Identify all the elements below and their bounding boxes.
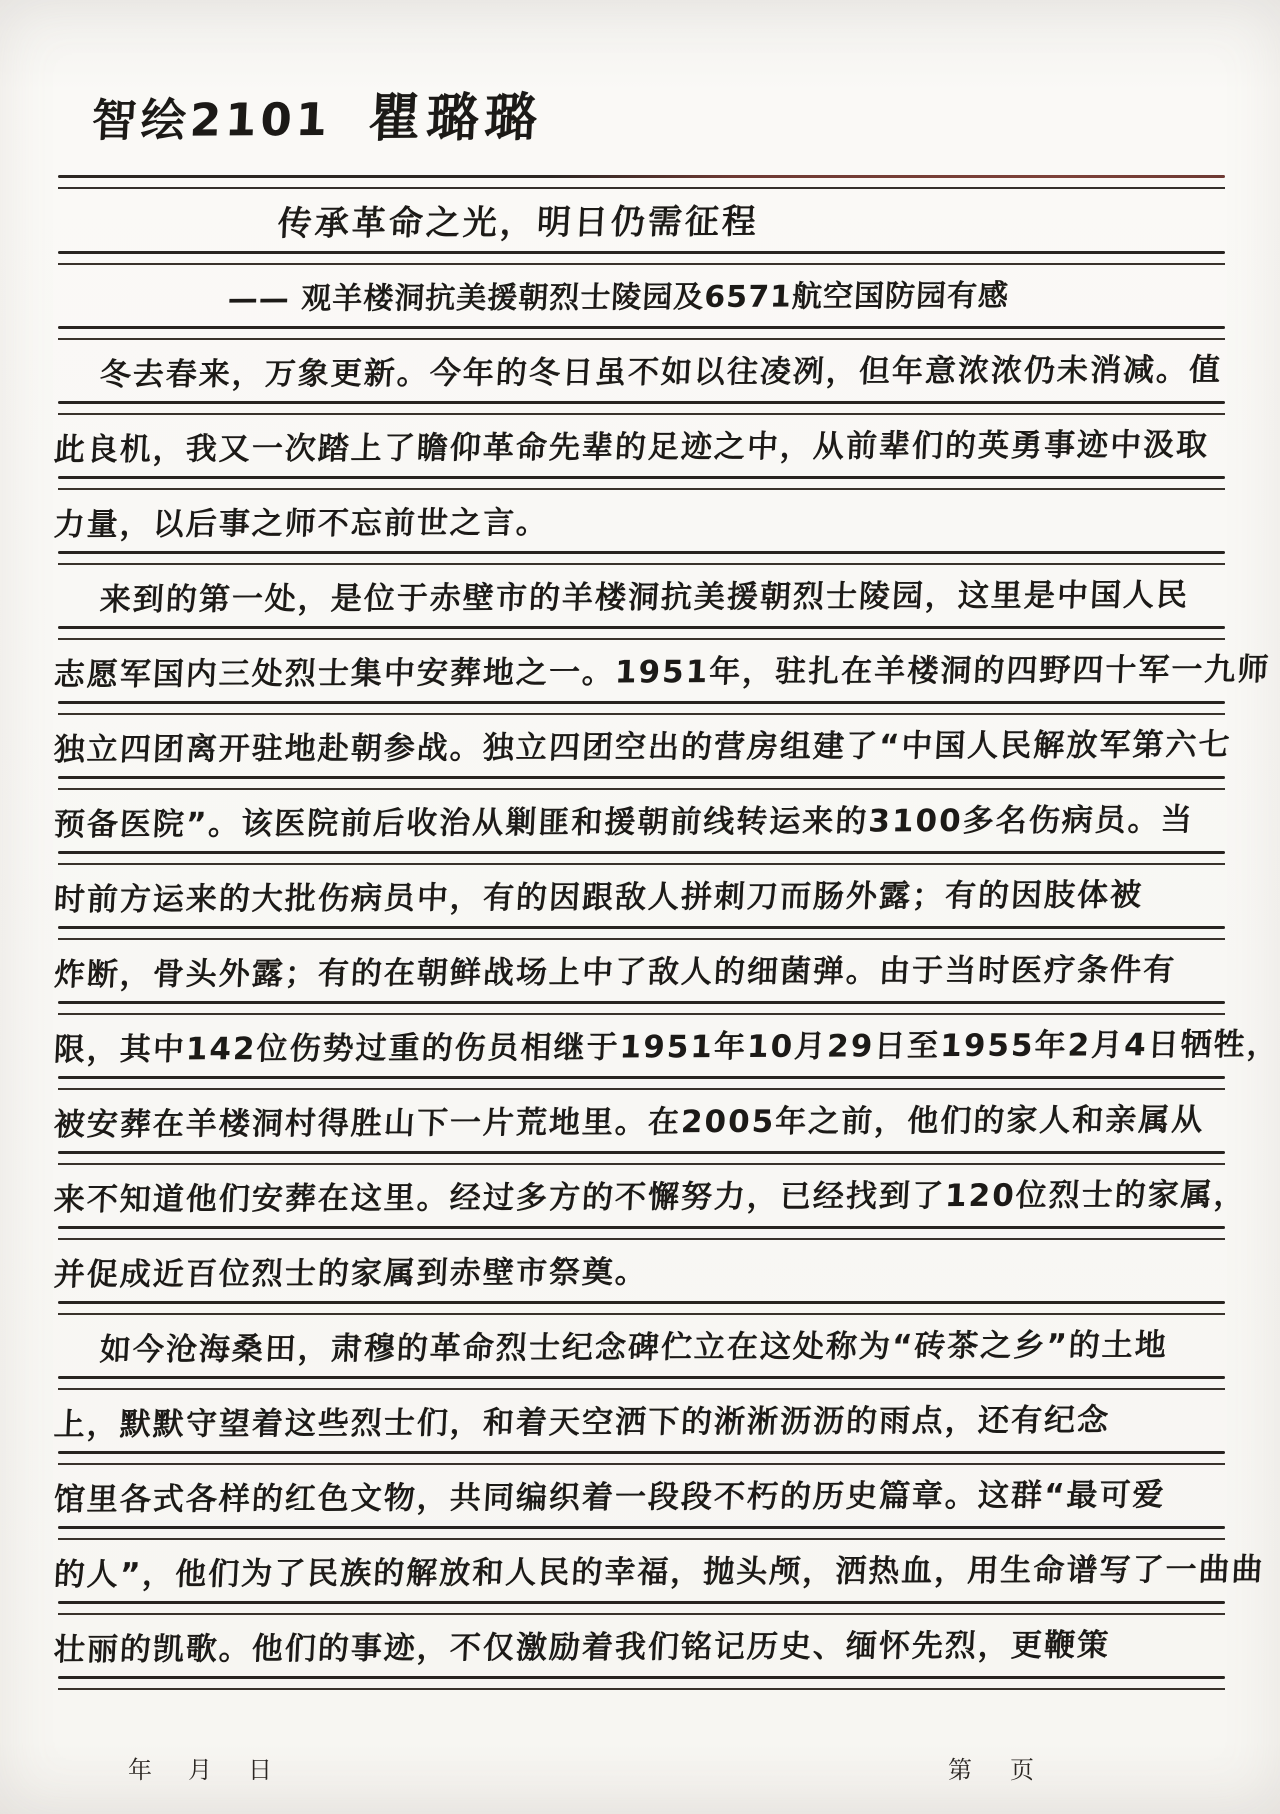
essay-line-text: 馆里各式各样的红色文物，共同编织着一段段不朽的历史篇章。这群“最可爱: [53, 1469, 1167, 1519]
essay-title-row: 传承革命之光，明日仍需征程: [58, 190, 1225, 265]
essay-line: 冬去春来，万象更新。今年的冬日虽不如以往凌冽，但年意浓浓仍未消减。值: [58, 340, 1225, 415]
essay-line: 并促成近百位烈士的家属到赤壁市祭奠。: [58, 1240, 1225, 1315]
essay-line: 时前方运来的大批伤病员中，有的因跟敌人拼刺刀而肠外露；有的因肢体被: [58, 865, 1225, 940]
day-label: 日: [248, 1756, 272, 1784]
essay-line: 志愿军国内三处烈士集中安葬地之一。1951年，驻扎在羊楼洞的四野四十军一九师: [58, 640, 1225, 715]
essay-line: 馆里各式各样的红色文物，共同编织着一段段不朽的历史篇章。这群“最可爱: [58, 1465, 1225, 1540]
essay-line-text: 炸断，骨头外露；有的在朝鲜战场上中了敌人的细菌弹。由于当时医疗条件有: [53, 944, 1177, 994]
essay-line: 预备医院”。该医院前后收治从剿匪和援朝前线转运来的3100多名伤病员。当: [58, 790, 1225, 865]
essay-line-text: 预备医院”。该医院前后收治从剿匪和援朝前线转运来的3100多名伤病员。当: [53, 794, 1195, 844]
essay-line: 独立四团离开驻地赴朝参战。独立四团空出的营房组建了“中国人民解放军第六七: [58, 715, 1225, 790]
essay-line-text: 来到的第一处，是位于赤壁市的羊楼洞抗美援朝烈士陵园，这里是中国人民: [99, 569, 1190, 619]
essay-line: 如今沧海桑田，肃穆的革命烈士纪念碑伫立在这处称为“砖茶之乡”的土地: [58, 1315, 1225, 1390]
essay-line-text: 的人”，他们为了民族的解放和人民的幸福，抛头颅，洒热血，用生命谱写了一曲曲: [53, 1544, 1266, 1594]
ruled-sheet: 传承革命之光，明日仍需征程 —— 观羊楼洞抗美援朝烈士陵园及6571航空国防园有…: [58, 190, 1225, 1690]
essay-line-text: 并促成近百位烈士的家属到赤壁市祭奠。: [53, 1246, 649, 1294]
essay-line: 来到的第一处，是位于赤壁市的羊楼洞抗美援朝烈士陵园，这里是中国人民: [58, 565, 1225, 640]
essay-line: 力量，以后事之师不忘前世之言。: [58, 490, 1225, 565]
year-label: 年: [128, 1756, 152, 1784]
essay-line-text: 来不知道他们安葬在这里。经过多方的不懈努力，已经找到了120位烈士的家属，: [53, 1169, 1248, 1219]
essay-line: 被安葬在羊楼洞村得胜山下一片荒地里。在2005年之前，他们的家人和亲属从: [58, 1090, 1225, 1165]
essay-subtitle-row: —— 观羊楼洞抗美援朝烈士陵园及6571航空国防园有感: [58, 265, 1225, 340]
essay-line-text: 限，其中142位伤势过重的伤员相继于1951年10月29日至1955年2月4日牺…: [53, 1019, 1280, 1069]
essay-line: 炸断，骨头外露；有的在朝鲜战场上中了敌人的细菌弹。由于当时医疗条件有: [58, 940, 1225, 1015]
essay-line: 此良机，我又一次踏上了瞻仰革命先辈的足迹之中，从前辈们的英勇事迹中汲取: [58, 415, 1225, 490]
essay-line: 来不知道他们安葬在这里。经过多方的不懈努力，已经找到了120位烈士的家属，: [58, 1165, 1225, 1240]
essay-title: 传承革命之光，明日仍需征程: [277, 194, 760, 245]
essay-line-text: 如今沧海桑田，肃穆的革命烈士纪念碑伫立在这处称为“砖茶之乡”的土地: [99, 1319, 1169, 1369]
top-rule: [58, 187, 1225, 189]
student-name: 瞿璐璐: [367, 75, 545, 151]
month-label: 月: [188, 1756, 212, 1784]
essay-line-text: 此良机，我又一次踏上了瞻仰革命先辈的足迹之中，从前辈们的英勇事迹中汲取: [53, 419, 1210, 469]
page-number-fields: 第页: [948, 1750, 1034, 1785]
page-prefix-label: 第: [948, 1756, 972, 1784]
essay-line: 壮丽的凯歌。他们的事迹，不仅激励着我们铭记历史、缅怀先烈，更鞭策: [58, 1615, 1225, 1690]
top-rule-accent: [58, 175, 1225, 178]
page-suffix-label: 页: [1010, 1756, 1034, 1784]
essay-line-text: 冬去春来，万象更新。今年的冬日虽不如以往凌冽，但年意浓浓仍未消减。值: [99, 344, 1223, 394]
date-fields: 年月日: [128, 1750, 272, 1785]
essay-line-text: 志愿军国内三处烈士集中安葬地之一。1951年，驻扎在羊楼洞的四野四十军一九师: [53, 644, 1272, 694]
essay-line-text: 壮丽的凯歌。他们的事迹，不仅激励着我们铭记历史、缅怀先烈，更鞭策: [53, 1619, 1111, 1669]
essay-line: 限，其中142位伤势过重的伤员相继于1951年10月29日至1955年2月4日牺…: [58, 1015, 1225, 1090]
essay-line-text: 力量，以后事之师不忘前世之言。: [53, 497, 550, 544]
class-id: 智绘2101: [90, 83, 332, 149]
essay-line-text: 被安葬在羊楼洞村得胜山下一片荒地里。在2005年之前，他们的家人和亲属从: [53, 1094, 1206, 1144]
essay-line-text: 上，默默守望着这些烈士们，和着天空洒下的淅淅沥沥的雨点，还有纪念: [53, 1394, 1111, 1444]
essay-line-text: 时前方运来的大批伤病员中，有的因跟敌人拼刺刀而肠外露；有的因肢体被: [53, 869, 1144, 919]
handwritten-essay-page: 智绘2101瞿璐璐 传承革命之光，明日仍需征程 —— 观羊楼洞抗美援朝烈士陵园及…: [0, 0, 1280, 1814]
essay-line: 的人”，他们为了民族的解放和人民的幸福，抛头颅，洒热血，用生命谱写了一曲曲: [58, 1540, 1225, 1615]
essay-subtitle: —— 观羊楼洞抗美援朝烈士陵园及6571航空国防园有感: [227, 271, 1010, 318]
essay-line-text: 独立四团离开驻地赴朝参战。独立四团空出的营房组建了“中国人民解放军第六七: [53, 719, 1233, 769]
header-handwriting: 智绘2101瞿璐璐: [92, 76, 543, 151]
essay-line: 上，默默守望着这些烈士们，和着天空洒下的淅淅沥沥的雨点，还有纪念: [58, 1390, 1225, 1465]
